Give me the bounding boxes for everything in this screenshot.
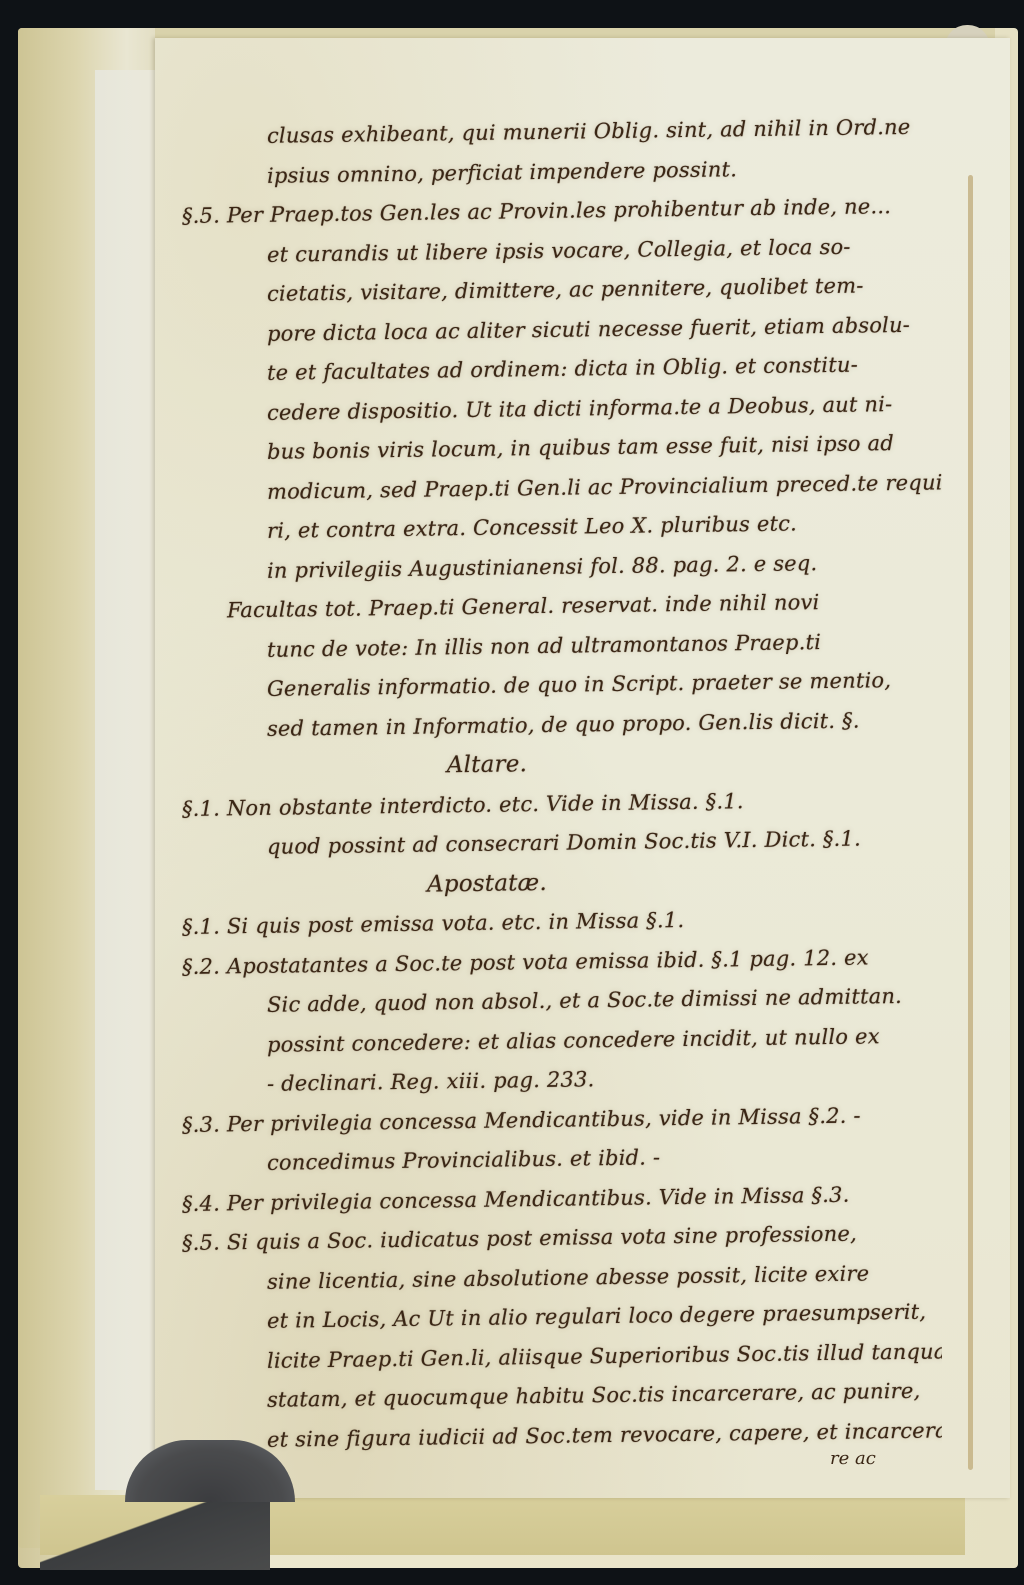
manuscript-text: clusas exhibeant, qui munerii Oblig. sin… <box>182 118 942 1461</box>
page-fold-line <box>968 175 973 1470</box>
worn-corner <box>40 1500 270 1570</box>
catchword: re ac <box>830 1448 876 1469</box>
